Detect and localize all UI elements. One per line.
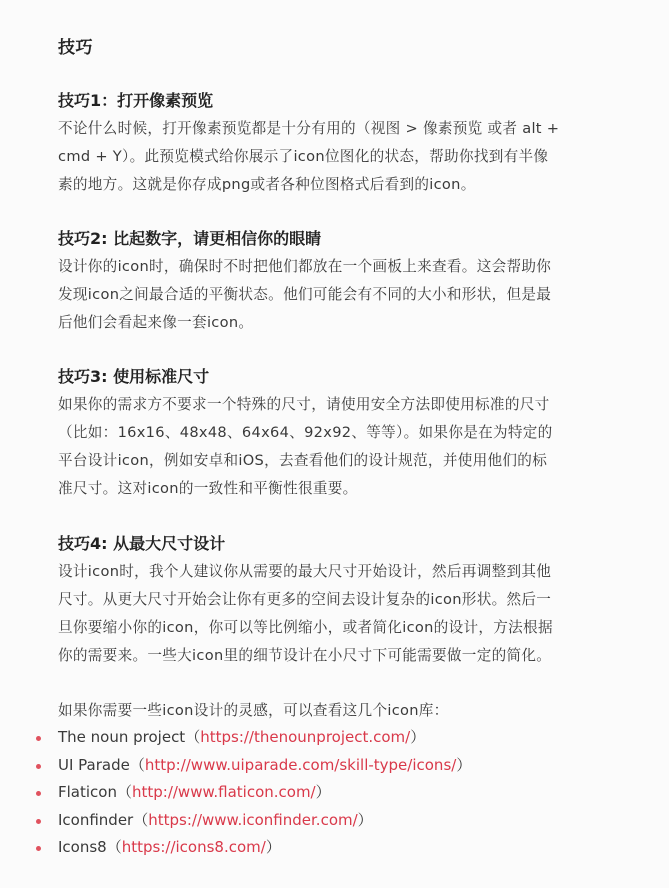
resource-name: Flaticon xyxy=(58,783,117,801)
tip-line: 设计你的icon时，确保时不时把他们都放在一个画板上来查看。这会帮助你 xyxy=(58,253,618,281)
tip-line: 旦你要缩小你的icon，你可以等比例缩小，或者简化icon的设计，方法根据 xyxy=(58,614,618,642)
bullet-icon xyxy=(36,846,41,851)
resources-intro: 如果你需要一些icon设计的灵感，可以查看这几个icon库： xyxy=(58,697,449,725)
tip-line: 不论什么时候，打开像素预览都是十分有用的（视图 > 像素预览 或者 alt + xyxy=(58,115,618,143)
resource-list: The noun project（https://thenounproject.… xyxy=(0,724,471,862)
resource-name: Icons8 xyxy=(58,838,107,856)
tip-line: 准尺寸。这对icon的一致性和平衡性很重要。 xyxy=(58,475,618,503)
tip-line: 如果你的需求方不要求一个特殊的尺寸，请使用安全方法即使用标准的尺寸 xyxy=(58,391,618,419)
tip-heading: 技巧2: 比起数字，请更相信你的眼睛 xyxy=(58,225,618,253)
bullet-icon xyxy=(36,819,41,824)
tip-4: 技巧4: 从最大尺寸设计 设计icon时，我个人建议你从需要的最大尺寸开始设计，… xyxy=(58,530,618,670)
tip-line: cmd + Y）。此预览模式给你展示了icon位图化的状态，帮助你找到有半像 xyxy=(58,143,618,171)
list-item: Icons8（https://icons8.com/） xyxy=(0,834,471,862)
tip-3: 技巧3: 使用标准尺寸 如果你的需求方不要求一个特殊的尺寸，请使用安全方法即使用… xyxy=(58,363,618,503)
list-item: The noun project（https://thenounproject.… xyxy=(0,724,471,752)
resource-link[interactable]: https://icons8.com/ xyxy=(122,838,266,856)
resource-name: Iconfinder xyxy=(58,811,133,829)
list-item: Iconfinder（https://www.iconfinder.com/） xyxy=(0,807,471,835)
bullet-icon xyxy=(36,736,41,741)
list-item: Flaticon（http://www.flaticon.com/） xyxy=(0,779,471,807)
tip-line: 设计icon时，我个人建议你从需要的最大尺寸开始设计，然后再调整到其他 xyxy=(58,558,618,586)
tip-heading: 技巧1：打开像素预览 xyxy=(58,87,618,115)
page-title: 技巧 xyxy=(58,33,93,58)
tip-line: 素的地方。这就是你存成png或者各种位图格式后看到的icon。 xyxy=(58,171,618,199)
tip-line: 后他们会看起来像一套icon。 xyxy=(58,309,618,337)
resource-name: UI Parade xyxy=(58,756,130,774)
resource-link[interactable]: http://www.flaticon.com/ xyxy=(132,783,316,801)
resource-link[interactable]: https://thenounproject.com/ xyxy=(200,728,410,746)
tip-heading: 技巧4: 从最大尺寸设计 xyxy=(58,530,618,558)
resource-link[interactable]: http://www.uiparade.com/skill-type/icons… xyxy=(145,756,456,774)
list-item: UI Parade（http://www.uiparade.com/skill-… xyxy=(0,752,471,780)
tip-line: 尺寸。从更大尺寸开始会让你有更多的空间去设计复杂的icon形状。然后一 xyxy=(58,586,618,614)
resource-name: The noun project xyxy=(58,728,185,746)
tip-line: 发现icon之间最合适的平衡状态。他们可能会有不同的大小和形状，但是最 xyxy=(58,281,618,309)
tip-line: 平台设计icon，例如安卓和iOS，去查看他们的设计规范，并使用他们的标 xyxy=(58,447,618,475)
tip-2: 技巧2: 比起数字，请更相信你的眼睛 设计你的icon时，确保时不时把他们都放在… xyxy=(58,225,618,337)
bullet-icon xyxy=(36,791,41,796)
tip-line: （比如：16x16、48x48、64x64、92x92、等等）。如果你是在为特定… xyxy=(58,419,618,447)
tip-heading: 技巧3: 使用标准尺寸 xyxy=(58,363,618,391)
bullet-icon xyxy=(36,764,41,769)
resource-link[interactable]: https://www.iconfinder.com/ xyxy=(148,811,357,829)
tip-1: 技巧1：打开像素预览 不论什么时候，打开像素预览都是十分有用的（视图 > 像素预… xyxy=(58,87,618,199)
tip-line: 你的需要来。一些大icon里的细节设计在小尺寸下可能需要做一定的简化。 xyxy=(58,642,618,670)
